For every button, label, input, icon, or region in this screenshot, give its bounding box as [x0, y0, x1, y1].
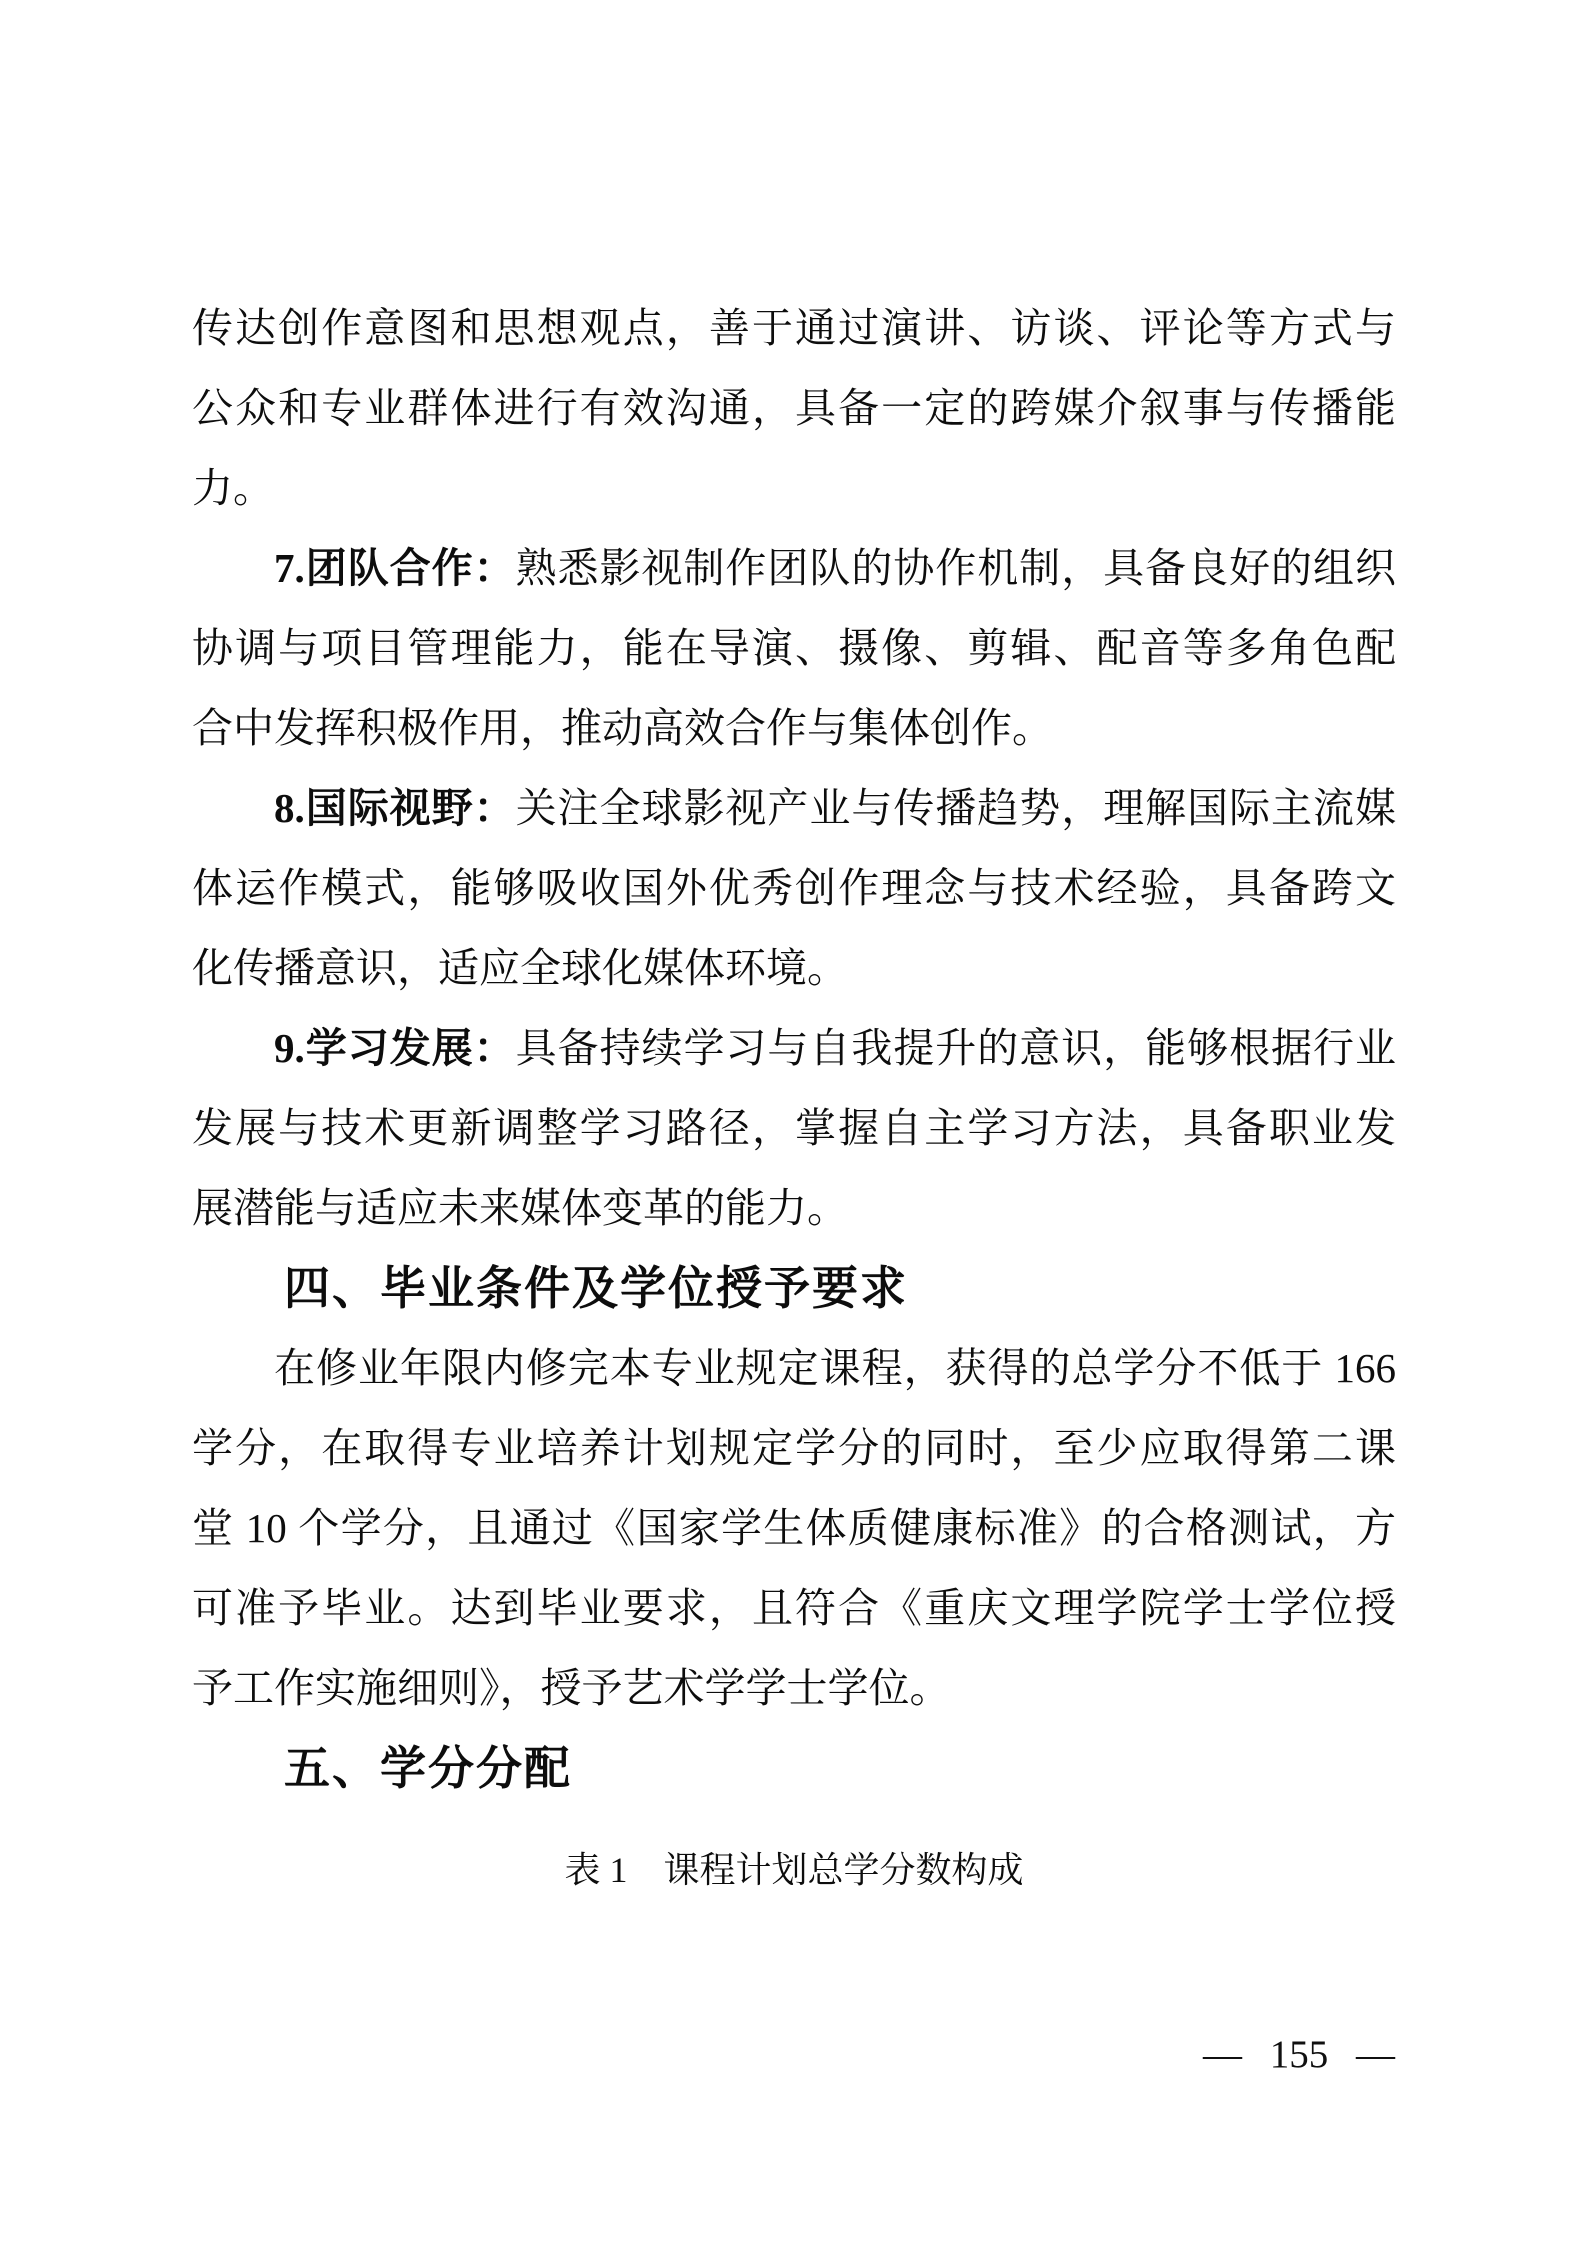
page-body: 传达创作意图和思想观点，善于通过演讲、访谈、评论等方式与 公众和专业群体进行有效… — [192, 288, 1396, 1910]
body-text-line: 7.团队合作：熟悉影视制作团队的协作机制，具备良好的组织 — [192, 528, 1396, 608]
table-caption: 表 1 课程计划总学分数构成 — [192, 1830, 1396, 1910]
body-text-line: 发展与技术更新调整学习路径，掌握自主学习方法，具备职业发 — [192, 1088, 1396, 1168]
body-text-line: 体运作模式，能够吸收国外优秀创作理念与技术经验，具备跨文 — [192, 848, 1396, 928]
body-text-line: 协调与项目管理能力，能在导演、摄像、剪辑、配音等多角色配 — [192, 608, 1396, 688]
body-text-line: 力。 — [192, 448, 1396, 528]
section-heading-4: 四、毕业条件及学位授予要求 — [192, 1248, 1396, 1328]
section-heading-5: 五、学分分配 — [192, 1728, 1396, 1808]
document-page: 传达创作意图和思想观点，善于通过演讲、访谈、评论等方式与 公众和专业群体进行有效… — [0, 0, 1587, 2245]
body-text-line: 予工作实施细则》，授予艺术学学士学位。 — [192, 1648, 1396, 1728]
page-number: — 155 — — [1203, 2032, 1395, 2078]
item-7-label: 7.团队合作： — [274, 545, 516, 591]
body-text-line: 合中发挥积极作用，推动高效合作与集体创作。 — [192, 688, 1396, 768]
body-text-line: 8.国际视野：关注全球影视产业与传播趋势，理解国际主流媒 — [192, 768, 1396, 848]
item-8-text: 关注全球影视产业与传播趋势，理解国际主流媒 — [516, 785, 1396, 831]
body-text-line: 堂 10 个学分，且通过《国家学生体质健康标准》的合格测试，方 — [192, 1488, 1396, 1568]
item-9-label: 9.学习发展： — [274, 1025, 516, 1071]
body-text-line: 化传播意识，适应全球化媒体环境。 — [192, 928, 1396, 1008]
body-text-line: 传达创作意图和思想观点，善于通过演讲、访谈、评论等方式与 — [192, 288, 1396, 368]
item-9-text: 具备持续学习与自我提升的意识，能够根据行业 — [516, 1025, 1396, 1071]
body-text-line: 学分，在取得专业培养计划规定学分的同时，至少应取得第二课 — [192, 1408, 1396, 1488]
body-text-line: 展潜能与适应未来媒体变革的能力。 — [192, 1168, 1396, 1248]
body-text-line: 可准予毕业。达到毕业要求，且符合《重庆文理学院学士学位授 — [192, 1568, 1396, 1648]
body-text-line: 在修业年限内修完本专业规定课程，获得的总学分不低于 166 — [192, 1328, 1396, 1408]
body-text-line: 9.学习发展：具备持续学习与自我提升的意识，能够根据行业 — [192, 1008, 1396, 1088]
item-8-label: 8.国际视野： — [274, 785, 516, 831]
item-7-text: 熟悉影视制作团队的协作机制，具备良好的组织 — [516, 545, 1396, 591]
body-text-line: 公众和专业群体进行有效沟通，具备一定的跨媒介叙事与传播能 — [192, 368, 1396, 448]
